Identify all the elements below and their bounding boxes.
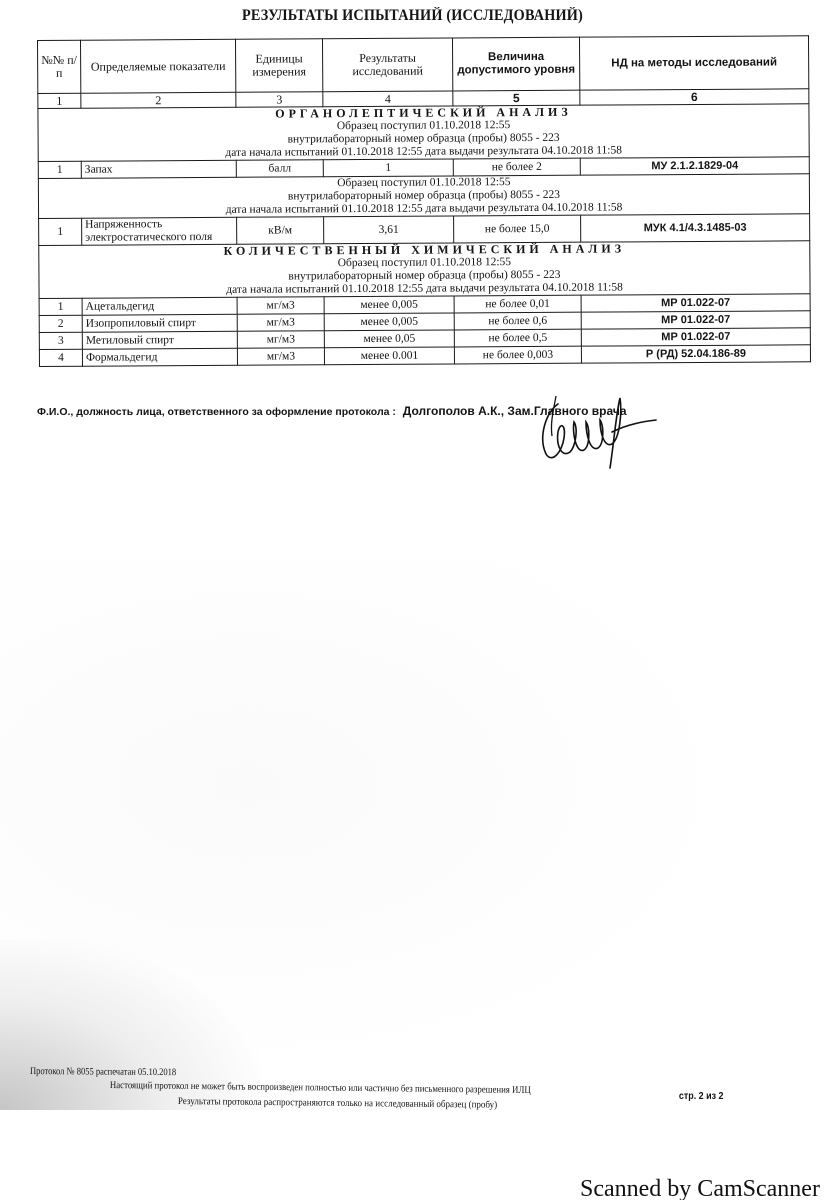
row-result: менее 0.001 [324, 347, 454, 365]
row-indicator: Метиловый спирт [82, 331, 237, 349]
row-indicator: Напряженность электростатического поля [82, 217, 237, 245]
row-result: менее 0,005 [324, 313, 454, 331]
row-result: 3,61 [324, 216, 454, 244]
col-num-5: 5 [453, 90, 580, 106]
row-method: МУК 4.1/4.3.1485-03 [581, 214, 810, 242]
section-header: ОРГАНОЛЕПТИЧЕСКИЙ АНАЛИЗ Образец поступи… [38, 104, 809, 162]
row-unit: мг/м3 [237, 348, 324, 366]
col-num-2: 2 [81, 92, 236, 108]
row-result: менее 0,005 [324, 296, 454, 314]
col-num-3: 3 [236, 92, 323, 108]
results-table: №№ п/п Определяемые показатели Единицы и… [37, 35, 811, 367]
row-limit: не более 0,01 [454, 295, 581, 313]
row-indicator: Формальдегид [82, 348, 237, 366]
col-num-4: 4 [323, 91, 453, 107]
row-unit: мг/м3 [237, 297, 324, 315]
signature-icon [528, 392, 658, 470]
row-indicator: Ацетальдегид [82, 297, 237, 315]
section-header: КОЛИЧЕСТВЕННЫЙ ХИМИЧЕСКИЙ АНАЛИЗ Образец… [39, 241, 810, 299]
row-result: 1 [323, 159, 453, 177]
document-title: РЕЗУЛЬТАТЫ ИСПЫТАНИЙ (ИССЛЕДОВАНИЙ) [33, 7, 792, 25]
page-number: стр. 2 из 2 [679, 1090, 724, 1102]
row-unit: кВ/м [237, 217, 324, 245]
footer-protocol: Протокол № 8055 распечатан 05.10.2018 [30, 1066, 176, 1078]
section-header: Образец поступил 01.10.2018 12:55 внутри… [38, 174, 809, 219]
row-unit: мг/м3 [237, 331, 324, 349]
row-limit: не более 0,5 [454, 329, 581, 347]
row-number: 1 [38, 161, 81, 178]
row-limit: не более 0,6 [454, 312, 581, 330]
row-number: 2 [39, 315, 82, 332]
row-result: менее 0,05 [324, 330, 454, 348]
header-number: №№ п/п [38, 40, 81, 93]
row-indicator: Запах [81, 160, 236, 178]
row-method: МУ 2.1.2.1829-04 [580, 157, 809, 175]
row-unit: балл [236, 160, 323, 178]
col-num-1: 1 [38, 93, 81, 108]
row-method: Р (РД) 52.04.186-89 [581, 345, 810, 363]
row-limit: не более 15,0 [454, 215, 581, 243]
header-indicator: Определяемые показатели [81, 39, 236, 93]
camscanner-watermark: Scanned by CamScanner [580, 1176, 820, 1200]
row-number: 4 [39, 349, 82, 366]
table-row: 4 Формальдегид мг/м3 менее 0.001 не боле… [39, 345, 810, 367]
row-limit: не более 2 [453, 158, 580, 176]
header-unit: Единицы измерения [235, 39, 322, 93]
row-number: 3 [39, 332, 82, 349]
header-method: НД на методы исследований [579, 36, 808, 90]
header-result: Результаты исследований [322, 38, 452, 92]
row-method: МР 01.022-07 [581, 294, 810, 312]
results-table-container: №№ п/п Определяемые показатели Единицы и… [37, 35, 810, 367]
row-number: 1 [39, 298, 82, 315]
row-indicator: Изопропиловый спирт [82, 314, 237, 332]
row-unit: мг/м3 [237, 314, 324, 332]
row-method: МР 01.022-07 [581, 311, 810, 329]
responsible-label: Ф.И.О., должность лица, ответственного з… [37, 406, 396, 418]
row-method: МР 01.022-07 [581, 328, 810, 346]
header-limit: Величина допустимого уровня [452, 37, 579, 91]
col-num-6: 6 [580, 89, 809, 105]
row-number: 1 [39, 218, 82, 245]
row-limit: не более 0,003 [454, 346, 581, 364]
table-header-row: №№ п/п Определяемые показатели Единицы и… [38, 36, 809, 94]
